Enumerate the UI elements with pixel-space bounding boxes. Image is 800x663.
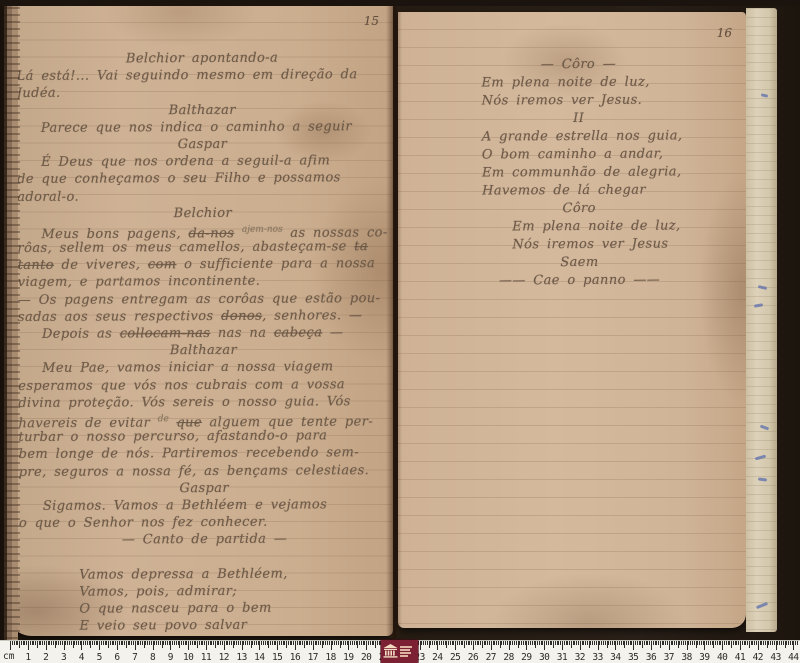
ruler-number: 27 [486,652,496,663]
manuscript-line: II [420,109,738,129]
manuscript-line: o que o Senhor nos fez conhecer. [17,513,392,532]
manuscript-line: Vamos depressa a Bethléem, [17,565,392,584]
fore-edge-page-stack [746,8,777,632]
struck-word: ta [354,239,368,254]
scan-top-shadow [0,0,800,6]
ruler-number: 16 [290,652,300,663]
manuscript-line: Havemos de lá chegar [420,181,738,201]
ruler-number: 37 [664,652,674,663]
fore-edge-ink-mark [758,477,767,481]
ruler-number: 30 [539,652,549,663]
ruler-number: 40 [717,652,727,663]
manuscript-line: Em communhão de alegria, [420,163,738,183]
manuscript-line: sadas aos seus respectivos donos, senhor… [16,307,391,326]
archive-building-icon [383,644,398,659]
ruler-number: 26 [468,652,478,663]
manuscript-line: Belchior [15,204,390,223]
page-gutter-shadow [386,4,402,638]
ruler-number: 20 [361,652,371,663]
ruler-number: 9 [168,652,173,663]
binding-texture [4,0,20,645]
manuscript-line: Saem [420,253,738,273]
manuscript-line: Sigamos. Vamos a Bethléem e vejamos [17,496,392,515]
manuscript-line: divina proteção. Vós sereis o nosso guia… [16,393,391,412]
ruler-number: 44 [788,652,798,663]
manuscript-line: Côro [420,199,738,219]
manuscript-line: A grande estrella nos guia, [420,127,738,147]
struck-word: collocam-nas [120,326,211,341]
manuscript-line: O que nasceu para o bem [17,599,392,618]
manuscript-line: — Os pagens entregam as corôas que estão… [16,290,391,309]
ruler-number: 10 [183,652,193,663]
ruler-number: 31 [557,652,567,663]
pencil-annotation: de [158,414,169,424]
manuscript-line: Balthazar [16,341,391,360]
ruler-number: 18 [325,652,335,663]
manuscript-line: havereis de evitar de que alguem que ten… [16,410,391,429]
right-page: 16 — Côro —Em plena noite de luz,Nós ire… [398,12,746,628]
ruler-number: 5 [97,652,102,663]
ruler-number: 24 [432,652,442,663]
ruler-number: 29 [521,652,531,663]
ruler-unit-label: cm [3,651,14,662]
fore-edge-ink-mark [754,303,763,308]
ruler-number: 2 [43,652,48,663]
manuscript-line: Lá está!... Vai seguindo mesmo em direçã… [15,66,390,85]
manuscript-line: Em plena noite de luz, [419,73,737,93]
ruler-number: 34 [610,652,620,663]
ruler-tick [797,641,798,645]
manuscript-line: Meus bons pagens, da-nos ajem-nos as nos… [15,221,390,240]
manuscript-line: Gaspar [15,135,390,154]
manuscript-line: Judéa. [15,83,390,102]
ruler-number: 35 [628,652,638,663]
ruler-number: 43 [770,652,780,663]
ruler-number: 8 [150,652,155,663]
manuscript-line: adoral-o. [15,187,390,206]
ruler-number: 42 [753,652,763,663]
pencil-annotation: ajem-nos [242,224,283,234]
ruler-number: 1 [25,652,30,663]
fore-edge-ink-mark [758,285,767,290]
archive-logo [381,640,418,663]
ruler-number: 12 [219,652,229,663]
struck-word: com [148,257,177,272]
manuscript-line: esperamos que vós nos cubrais com a voss… [16,376,391,395]
ruler-number: 17 [308,652,318,663]
ruler-number: 7 [132,652,137,663]
right-page-text: — Côro —Em plena noite de luz,Nós iremos… [419,55,738,291]
manuscript-line: de que conheçamos o seu Filho e possamos [15,169,390,188]
manuscript-scan: 15 Belchior apontando-aLá está!... Vai s… [0,0,800,663]
struck-word: donos [221,309,262,324]
ruler-number: 28 [503,652,513,663]
manuscript-line: Vamos, pois, admirar; [17,582,392,601]
manuscript-line: pre, seguros a nossa fé, as bençams cele… [17,462,392,481]
manuscript-line: Nós iremos ver Jesus [420,235,738,255]
manuscript-line: Belchior apontando-a [14,49,389,68]
manuscript-line: viagem, e partamos incontinente. [16,272,391,291]
manuscript-line: bem longe de nós. Partiremos recebendo s… [17,444,392,463]
manuscript-line: rôas, sellem os meus camellos, abasteçam… [15,238,390,257]
right-page-number: 16 [717,26,732,40]
ruler-number: 3 [61,652,66,663]
manuscript-line: Depois as collocam-nas nas na cabeça — [16,324,391,343]
manuscript-line: É Deus que nos ordena a seguil-a afim [15,152,390,171]
manuscript-line: Parece que nos indica o caminho a seguir [15,118,390,137]
manuscript-line: —— Cae o panno —— [421,271,739,291]
manuscript-line: turbar o nosso percurso, afastando-o par… [16,427,391,446]
fore-edge-ink-mark [756,602,768,609]
manuscript-line: — Côro — [419,55,737,75]
ruler-number: 11 [201,652,211,663]
ruler-number: 13 [236,652,246,663]
ruler-number: 41 [735,652,745,663]
manuscript-line: Nós iremos ver Jesus. [420,91,738,111]
manuscript-line: O bom caminho a andar, [420,145,738,165]
fore-edge-ink-mark [760,425,769,431]
manuscript-line: — Canto de partida — [17,530,392,549]
manuscript-line: Em plena noite de luz, [420,217,738,237]
manuscript-line [17,547,392,566]
ruler-number: 19 [343,652,353,663]
manuscript-line: Meu Pae, vamos iniciar a nossa viagem [16,358,391,377]
ruler-number: 15 [272,652,282,663]
ruler-number: 36 [646,652,656,663]
ruler-number: 39 [699,652,709,663]
book-binding-edge [0,0,24,645]
logo-text-lines [400,646,412,657]
ruler-number: 25 [450,652,460,663]
fore-edge-ink-mark [755,455,766,461]
manuscript-line: E veio seu povo salvar [17,616,392,635]
ruler-number: 38 [681,652,691,663]
ruler-number: 14 [254,652,264,663]
ruler-number: 32 [575,652,585,663]
manuscript-line: tanto de viveres, com o sufficiente para… [16,255,391,274]
ruler-number: 33 [592,652,602,663]
ruler-number: 6 [114,652,119,663]
struck-word: cabeça [274,325,323,340]
manuscript-line: Gaspar [17,479,392,498]
fore-edge-ink-mark [761,93,768,97]
manuscript-line: Balthazar [15,101,390,120]
ruler-number: 4 [79,652,84,663]
left-page-text: Belchior apontando-aLá está!... Vai segu… [14,49,392,635]
left-page-number: 15 [364,14,379,28]
left-page: 15 Belchior apontando-aLá está!... Vai s… [6,6,393,636]
